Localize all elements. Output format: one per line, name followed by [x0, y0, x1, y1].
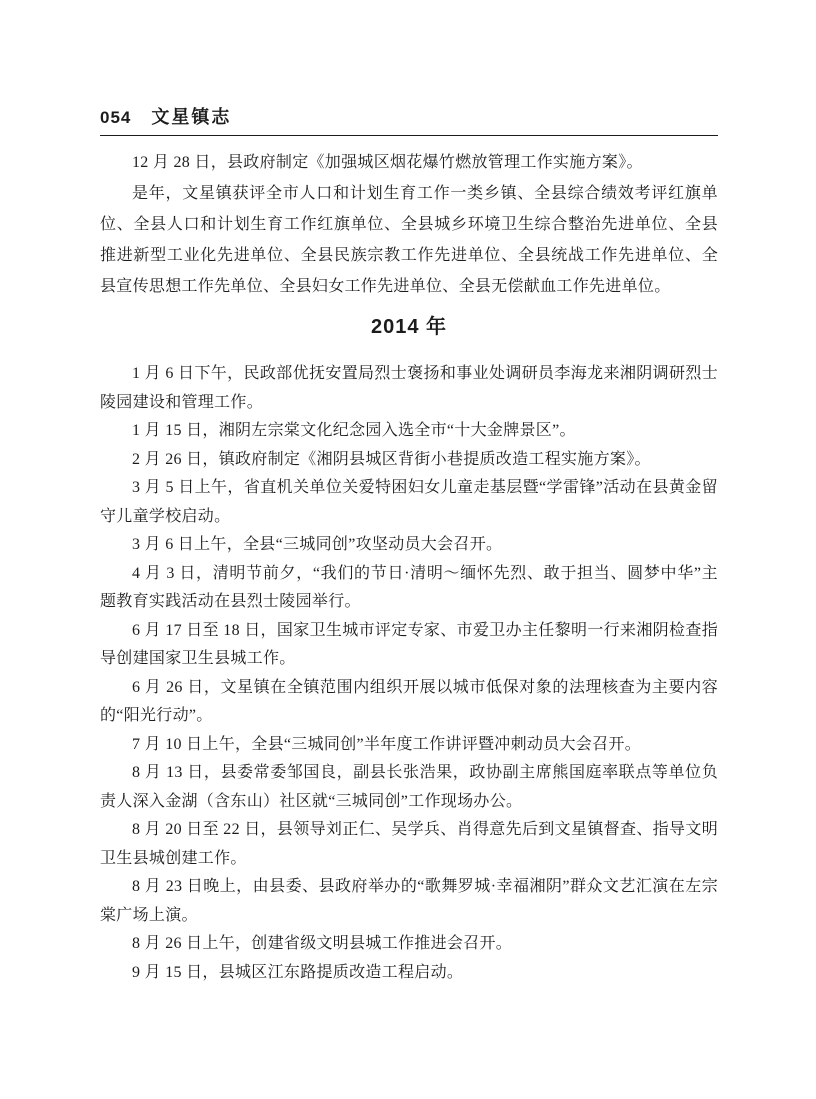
chronicle-entry: 9 月 15 日，县城区江东路提质改造工程启动。	[100, 959, 718, 988]
chronicle-paragraph: 是年，文星镇获评全市人口和计划生育工作一类乡镇、全县综合绩效考评红旗单位、全县人…	[100, 178, 718, 302]
chronicle-entry: 8 月 13 日，县委常委邹国良，副县长张浩果，政协副主席熊国庭率联点等单位负责…	[100, 759, 718, 816]
chronicle-entry: 7 月 10 日上午，全县“三城同创”半年度工作讲评暨冲刺动员大会召开。	[100, 731, 718, 760]
chronicle-entry: 8 月 20 日至 22 日，县领导刘正仁、吴学兵、肖得意先后到文星镇督查、指导…	[100, 816, 718, 873]
chronicle-paragraph: 12 月 28 日，县政府制定《加强城区烟花爆竹燃放管理工作实施方案》。	[100, 147, 718, 178]
chronicle-entry: 3 月 5 日上午，省直机关单位关爱特困妇女儿童走基层暨“学雷锋”活动在县黄金留…	[100, 474, 718, 531]
chronicle-entry: 4 月 3 日，清明节前夕，“我们的节日·清明～缅怀先烈、敢于担当、圆梦中华”主…	[100, 560, 718, 617]
chronicle-entry: 1 月 6 日下午，民政部优抚安置局烈士褒扬和事业处调研员李海龙来湘阴调研烈士陵…	[100, 360, 718, 417]
year-heading: 2014 年	[100, 314, 718, 340]
page-content: 054 文星镇志 12 月 28 日，县政府制定《加强城区烟花爆竹燃放管理工作实…	[100, 106, 718, 987]
chronicle-entry: 6 月 26 日，文星镇在全镇范围内组织开展以城市低保对象的法理核查为主要内容的…	[100, 674, 718, 731]
chronicle-entry: 2 月 26 日，镇政府制定《湘阴县城区背街小巷提质改造工程实施方案》。	[100, 446, 718, 475]
chronicle-entry: 1 月 15 日，湘阴左宗棠文化纪念园入选全市“十大金牌景区”。	[100, 417, 718, 446]
book-title: 文星镇志	[151, 106, 231, 128]
chronicle-entry: 8 月 26 日上午，创建省级文明县城工作推进会召开。	[100, 930, 718, 959]
chronicle-entry: 8 月 23 日晚上，由县委、县政府举办的“歌舞罗城·幸福湘阴”群众文艺汇演在左…	[100, 873, 718, 930]
page-number: 054	[100, 107, 131, 129]
running-header: 054 文星镇志	[100, 106, 718, 136]
gazetteer-page: 054 文星镇志 12 月 28 日，县政府制定《加强城区烟花爆竹燃放管理工作实…	[0, 0, 816, 1099]
chronicle-entry: 3 月 6 日上午，全县“三城同创”攻坚动员大会召开。	[100, 531, 718, 560]
chronicle-entry: 6 月 17 日至 18 日，国家卫生城市评定专家、市爱卫办主任黎明一行来湘阴检…	[100, 617, 718, 674]
